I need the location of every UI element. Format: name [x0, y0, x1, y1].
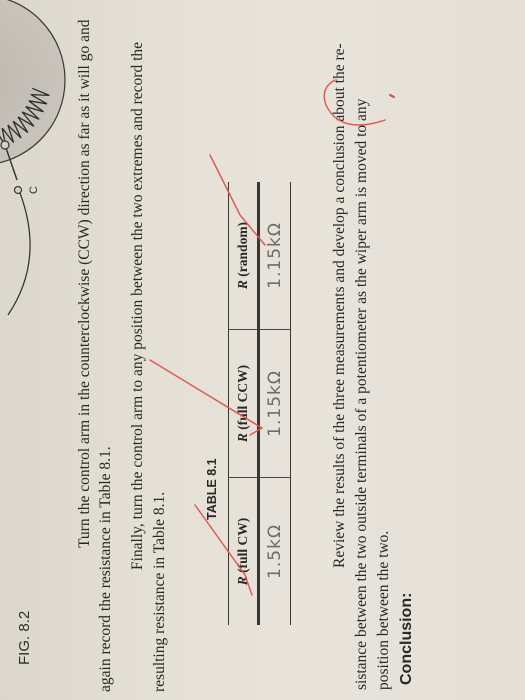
instruction-ccw-line-2: again record the resistance in Table 8.1…	[96, 446, 115, 692]
figure-label: FIG. 8.2	[16, 611, 33, 665]
instruction-random-line-2: resulting resistance in Table 8.1.	[150, 492, 169, 692]
header-full-ccw: R (full CCW)	[229, 330, 259, 478]
table-row: 1.5kΩ 1.15kΩ 1.15kΩ	[259, 182, 291, 625]
review-line-1: Review the results of the three measurem…	[330, 43, 349, 568]
header-random: R (random)	[229, 182, 259, 330]
value-full-ccw[interactable]: 1.15kΩ	[259, 330, 291, 478]
lead-wire	[8, 193, 30, 315]
table-title: TABLE 8.1	[205, 458, 219, 520]
review-line-3: position between the two.	[374, 531, 393, 690]
dial-body	[0, 0, 65, 165]
textbook-page: C FIG. 8.2 Turn the control arm in the c…	[0, 0, 525, 700]
terminal-c-dot	[15, 187, 22, 194]
value-random[interactable]: 1.15kΩ	[259, 182, 291, 330]
review-line-2: sistance between the two outside termina…	[352, 99, 371, 690]
header-full-cw: R (full CW)	[229, 478, 259, 626]
conclusion-heading: Conclusion:	[398, 593, 416, 685]
instruction-random-line-1: Finally, turn the control arm to any pos…	[128, 42, 147, 570]
instruction-ccw-line-1: Turn the control arm in the counterclock…	[75, 20, 94, 548]
value-full-cw[interactable]: 1.5kΩ	[259, 478, 291, 626]
terminal-c-label: C	[28, 186, 40, 194]
resistance-table: R (full CW) R (full CCW) R (random) 1.5k…	[228, 182, 291, 625]
